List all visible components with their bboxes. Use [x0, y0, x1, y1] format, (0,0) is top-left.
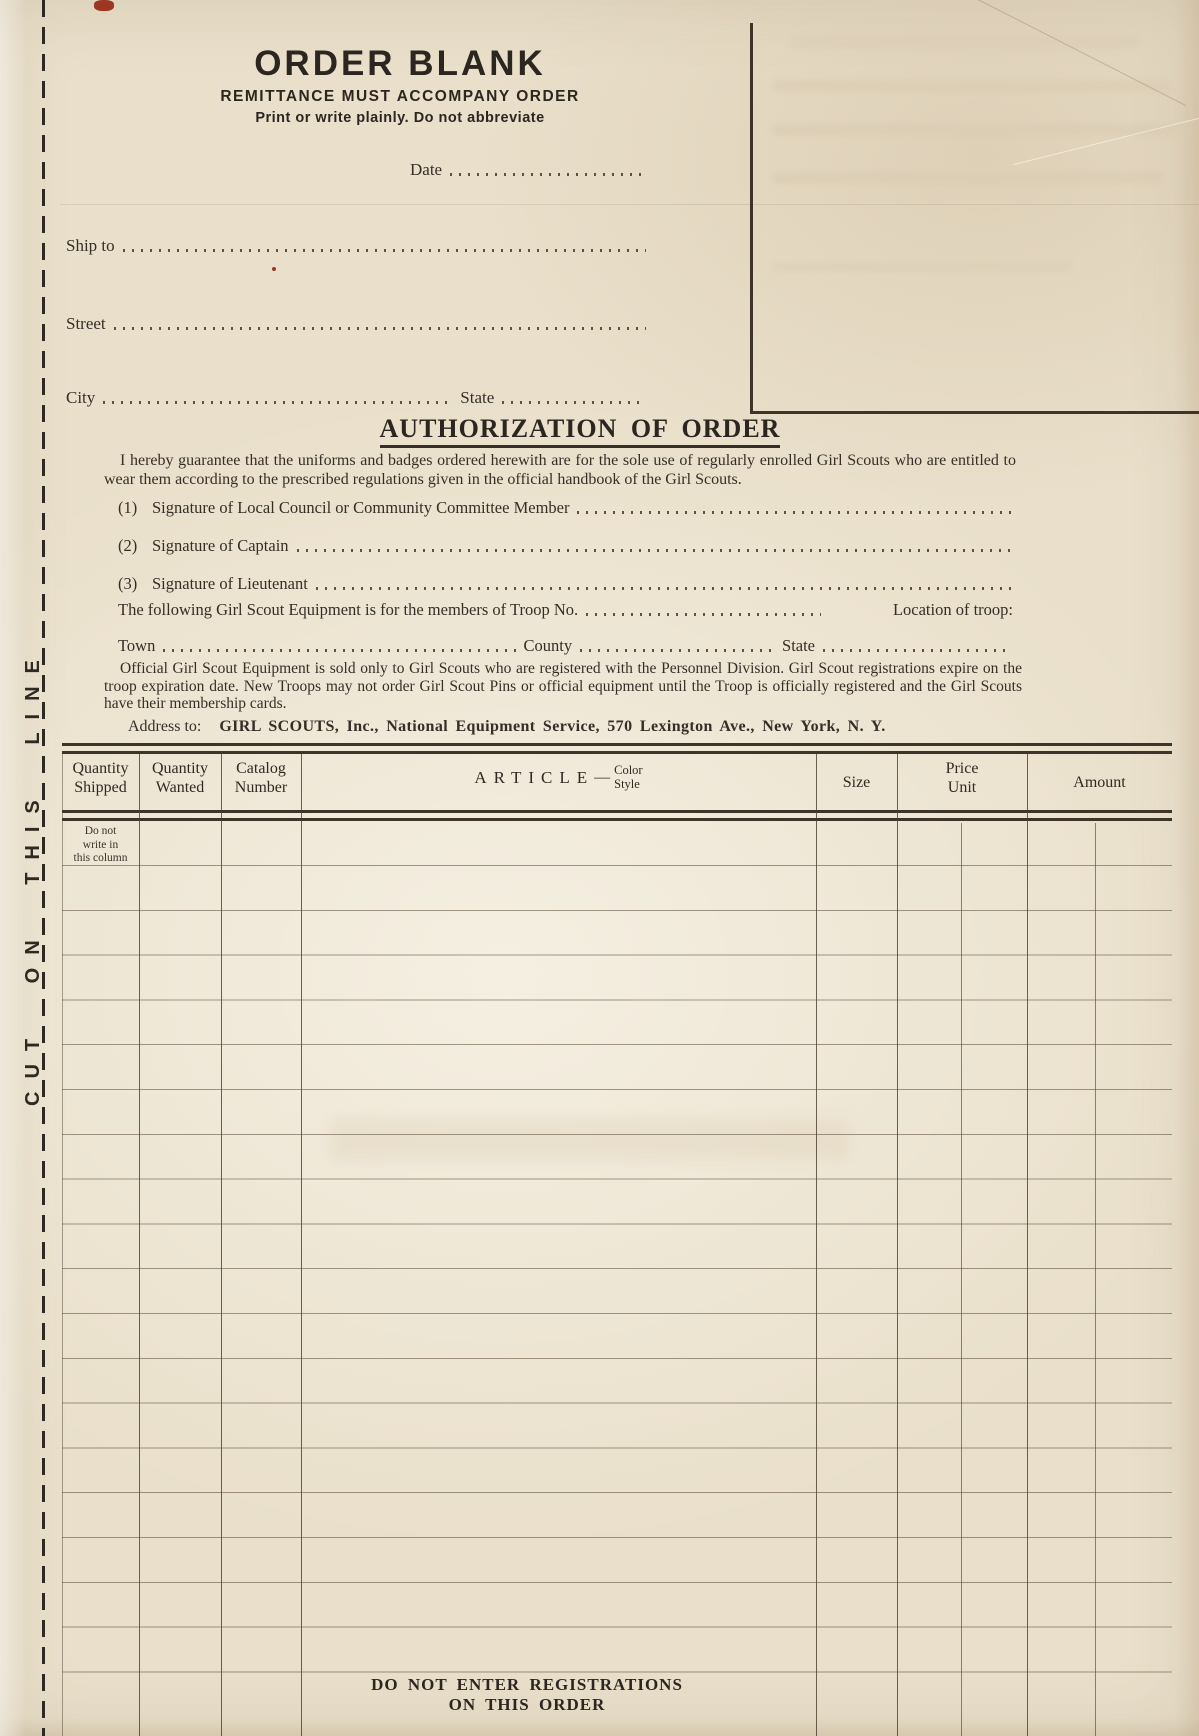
col-header-article: ARTICLE — Color Style: [301, 763, 816, 791]
city-label: City: [66, 388, 95, 408]
street-row: Street: [66, 314, 648, 334]
signature-1-label: Signature of Local Council or Community …: [152, 498, 569, 518]
location-of-troop-label: Location of troop:: [893, 600, 1013, 620]
street-label: Street: [66, 314, 106, 334]
col-header-catalog-number: Catalog Number: [221, 759, 301, 797]
troop-number-line[interactable]: [586, 613, 821, 616]
street-input-line[interactable]: [114, 327, 646, 330]
troop-row: The following Girl Scout Equipment is fo…: [118, 600, 1013, 620]
guarantee-paragraph: I hereby guarantee that the uniforms and…: [104, 452, 1016, 489]
county-input-line[interactable]: [580, 649, 778, 652]
signature-3-line[interactable]: [316, 587, 1011, 590]
order-table-grid[interactable]: [62, 865, 1172, 1675]
address-to-value: GIRL SCOUTS, Inc., National Equipment Se…: [219, 718, 885, 735]
city-input-line[interactable]: [103, 401, 448, 404]
date-input-line[interactable]: [450, 173, 646, 176]
signature-2-line[interactable]: [297, 549, 1011, 552]
state-label: State: [460, 388, 494, 408]
county-label: County: [524, 636, 573, 656]
state-input-line[interactable]: [502, 401, 646, 404]
print-plainly-note: Print or write plainly. Do not abbreviat…: [130, 110, 670, 126]
do-not-write-note: Do not write in this column: [62, 825, 139, 866]
authorization-heading-wrap: AUTHORIZATION OF ORDER: [300, 414, 860, 448]
signature-1-line[interactable]: [577, 511, 1011, 514]
col-header-amount: Amount: [1027, 773, 1172, 792]
color-style-stack: Color Style: [614, 763, 642, 791]
order-blank-page: CUT ON THIS LINE ORDER BLANK REMITTANCE …: [0, 0, 1199, 1736]
ship-to-row: Ship to: [66, 236, 648, 256]
table-header-rule: [62, 810, 1172, 821]
col-header-size: Size: [816, 773, 897, 792]
remittance-note: REMITTANCE MUST ACCOMPANY ORDER: [130, 88, 670, 106]
page-title: ORDER BLANK: [130, 44, 670, 84]
signature-3-number: (3): [118, 574, 152, 594]
authorization-heading: AUTHORIZATION OF ORDER: [380, 414, 781, 448]
cut-line-label: CUT ON THIS LINE: [22, 606, 58, 1106]
signature-1-number: (1): [118, 498, 152, 518]
signature-row-2: (2) Signature of Captain: [118, 536, 1013, 556]
troop-state-input-line[interactable]: [823, 649, 1011, 652]
date-label: Date: [410, 160, 442, 180]
town-label: Town: [118, 636, 155, 656]
signature-2-number: (2): [118, 536, 152, 556]
scan-artifact: [94, 0, 114, 11]
article-dash: —: [594, 768, 610, 787]
table-top-rule: [62, 743, 1172, 754]
ship-to-label: Ship to: [66, 236, 115, 256]
troop-label: The following Girl Scout Equipment is fo…: [118, 600, 578, 620]
date-row: Date: [410, 160, 648, 180]
town-county-state-row: Town County State: [118, 636, 1013, 656]
no-registrations-note: DO NOT ENTER REGISTRATIONS ON THIS ORDER: [302, 1675, 752, 1715]
state-of-troop-label: State: [782, 636, 815, 656]
office-use-box: [750, 23, 1199, 414]
scan-artifact: [272, 267, 276, 271]
col-header-quantity-wanted: Quantity Wanted: [139, 759, 221, 797]
registration-notice: Official Girl Scout Equipment is sold on…: [104, 660, 1022, 713]
signature-row-3: (3) Signature of Lieutenant: [118, 574, 1013, 594]
signature-row-1: (1) Signature of Local Council or Commun…: [118, 498, 1013, 518]
col-header-quantity-shipped: Quantity Shipped: [62, 759, 139, 797]
address-to-row: Address to: GIRL SCOUTS, Inc., National …: [128, 718, 1048, 736]
signature-2-label: Signature of Captain: [152, 536, 289, 556]
signature-3-label: Signature of Lieutenant: [152, 574, 308, 594]
ship-to-input-line[interactable]: [123, 249, 646, 252]
town-input-line[interactable]: [163, 649, 519, 652]
order-table: Quantity Shipped Quantity Wanted Catalog…: [62, 743, 1172, 1736]
col-header-price-unit: Price Unit: [897, 759, 1027, 797]
city-state-row: City State: [66, 388, 648, 408]
address-to-label: Address to:: [128, 718, 201, 735]
